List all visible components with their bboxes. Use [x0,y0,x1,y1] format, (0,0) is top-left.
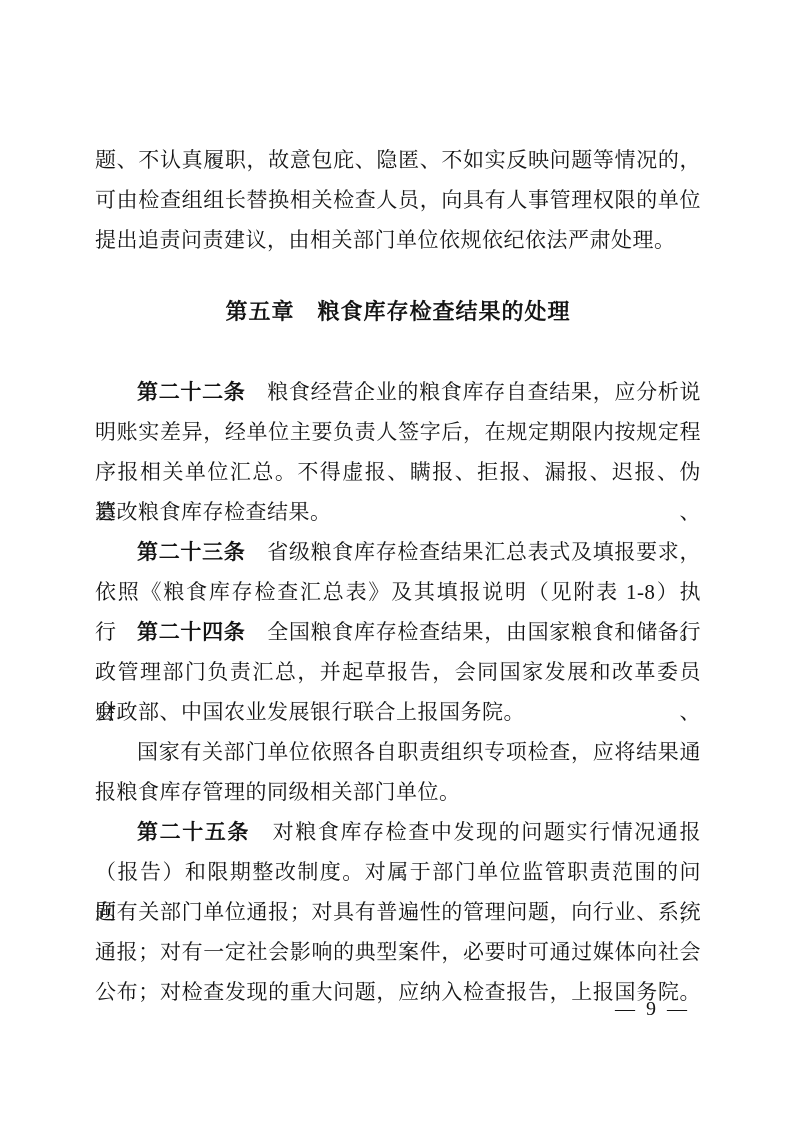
text-line: 提出追责问责建议，由相关部门单位依规依纪依法严肃处理。 [95,220,701,260]
text-line: 第二十四条 全国粮食库存检查结果，由国家粮食和储备行 [95,612,701,652]
text-line: （报告）和限期整改制度。对属于部门单位监管职责范围的问题， [95,852,701,892]
article-23-text: 省级粮食库存检查结果汇总表式及填报要求， [246,540,702,564]
text-line: 明账实差异，经单位主要负责人签字后，在规定期限内按规定程 [95,412,701,452]
chapter-5-heading: 第五章 粮食库存检查结果的处理 [95,292,701,332]
article-24: 第二十四条 全国粮食库存检查结果，由国家粮食和储备行 政管理部门负责汇总，并起草… [95,612,701,732]
article-23: 第二十三条 省级粮食库存检查结果汇总表式及填报要求， 依照《粮食库存检查汇总表》… [95,532,701,612]
text-line: 序报相关单位汇总。不得虚报、瞒报、拒报、漏报、迟报、伪造、 [95,452,701,492]
text-line: 第二十三条 省级粮食库存检查结果汇总表式及填报要求， [95,532,701,572]
article-25-text: 对粮食库存检查中发现的问题实行情况通报 [250,820,701,844]
article-24-text: 全国粮食库存检查结果，由国家粮食和储备行 [246,620,702,644]
text-line: 通报；对有一定社会影响的典型案件，必要时可通过媒体向社会 [95,932,701,972]
document-page: 题、不认真履职，故意包庇、隐匿、不如实反映问题等情况的， 可由检查组组长替换相关… [0,0,794,1123]
document-body: 题、不认真履职，故意包庇、隐匿、不如实反映问题等情况的， 可由检查组组长替换相关… [95,140,701,1012]
page-number: — 9 — [615,995,690,1023]
text-line: 第二十二条 粮食经营企业的粮食库存自查结果，应分析说 [95,372,701,412]
text-line: 报粮食库存管理的同级相关部门单位。 [95,772,701,812]
text-line: 国家有关部门单位依照各自职责组织专项检查，应将结果通 [95,732,701,772]
article-22-number: 第二十二条 [137,381,246,404]
text-line: 政管理部门负责汇总，并起草报告，会同国家发展和改革委员会、 [95,652,701,692]
paragraph-national-departments: 国家有关部门单位依照各自职责组织专项检查，应将结果通 报粮食库存管理的同级相关部… [95,732,701,812]
text-line: 题、不认真履职，故意包庇、隐匿、不如实反映问题等情况的， [95,140,701,180]
article-23-number: 第二十三条 [137,541,246,564]
article-25-number: 第二十五条 [137,821,250,844]
text-line: 第二十五条 对粮食库存检查中发现的问题实行情况通报 [95,812,701,852]
article-25: 第二十五条 对粮食库存检查中发现的问题实行情况通报 （报告）和限期整改制度。对属… [95,812,701,1012]
text-line: 向有关部门单位通报；对具有普遍性的管理问题，向行业、系统 [95,892,701,932]
text-line: 可由检查组组长替换相关检查人员，向具有人事管理权限的单位 [95,180,701,220]
paragraph-continuation: 题、不认真履职，故意包庇、隐匿、不如实反映问题等情况的， 可由检查组组长替换相关… [95,140,701,260]
article-24-number: 第二十四条 [137,621,246,644]
text-line: 依照《粮食库存检查汇总表》及其填报说明（见附表 1-8）执行。 [95,572,701,612]
article-22: 第二十二条 粮食经营企业的粮食库存自查结果，应分析说 明账实差异，经单位主要负责… [95,372,701,532]
article-22-text: 粮食经营企业的粮食库存自查结果，应分析说 [246,380,702,404]
text-line: 公布；对检查发现的重大问题，应纳入检查报告，上报国务院。 [95,972,701,1012]
